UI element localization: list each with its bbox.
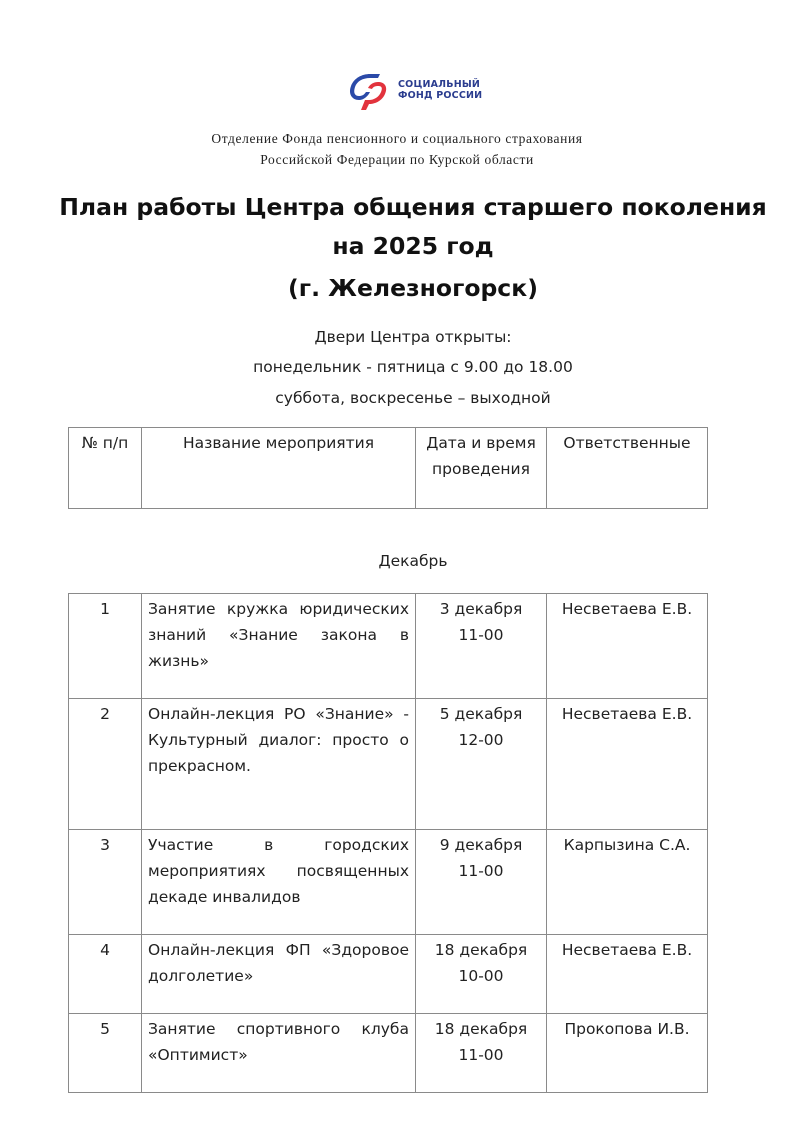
event-date: 18 декабря: [422, 937, 540, 963]
logo-text: СОЦИАЛЬНЫЙ ФОНД РОССИИ: [398, 79, 482, 101]
event-name: Онлайн-лекция РО «Знание» - Культурный д…: [142, 699, 416, 830]
header-table: № п/п Название мероприятия Дата и время …: [68, 427, 708, 509]
hours-weekend: суббота, воскресенье – выходной: [0, 389, 794, 407]
logo-line-1: СОЦИАЛЬНЫЙ: [398, 79, 482, 90]
event-date-time: 5 декабря12-00: [416, 699, 547, 830]
event-time: 12-00: [422, 727, 540, 753]
event-date-time: 18 декабря11-00: [416, 1014, 547, 1093]
hours-weekdays: понедельник - пятница с 9.00 до 18.00: [0, 358, 794, 376]
logo-line-2: ФОНД РОССИИ: [398, 90, 482, 101]
page-title-line-2: на 2025 год: [40, 227, 786, 265]
event-responsible: Прокопова И.В.: [547, 1014, 708, 1093]
table-row: 2 Онлайн-лекция РО «Знание» - Культурный…: [69, 699, 708, 830]
event-name: Участие в городских мероприятиях посвяще…: [142, 830, 416, 935]
event-time: 11-00: [422, 1042, 540, 1068]
event-date: 5 декабря: [422, 701, 540, 727]
event-responsible: Несветаева Е.В.: [547, 699, 708, 830]
month-heading: Декабрь: [0, 552, 794, 570]
event-number: 3: [69, 830, 142, 935]
organization-line-1: Отделение Фонда пенсионного и социальног…: [0, 131, 794, 147]
event-number: 5: [69, 1014, 142, 1093]
header-event-name: Название мероприятия: [142, 428, 416, 509]
event-date: 9 декабря: [422, 832, 540, 858]
event-date: 18 декабря: [422, 1016, 540, 1042]
sfr-logo: СОЦИАЛЬНЫЙ ФОНД РОССИИ: [344, 68, 484, 112]
page-title-line-3: (г. Железногорск): [40, 269, 786, 307]
header-responsible: Ответственные: [547, 428, 708, 509]
event-name: Занятие спортивного клуба «Оптимист»: [142, 1014, 416, 1093]
table-row: 1 Занятие кружка юридических знаний «Зна…: [69, 594, 708, 699]
sfr-logo-icon: [344, 68, 392, 112]
event-number: 4: [69, 935, 142, 1014]
event-number: 2: [69, 699, 142, 830]
header-date-time: Дата и время проведения: [416, 428, 547, 509]
table-row: 5 Занятие спортивного клуба «Оптимист» 1…: [69, 1014, 708, 1093]
event-date: 3 декабря: [422, 596, 540, 622]
event-name: Онлайн-лекция ФП «Здоровое долголетие»: [142, 935, 416, 1014]
event-time: 11-00: [422, 858, 540, 884]
header-number: № п/п: [69, 428, 142, 509]
header-row: № п/п Название мероприятия Дата и время …: [69, 428, 708, 509]
table-row: 4 Онлайн-лекция ФП «Здоровое долголетие»…: [69, 935, 708, 1014]
event-name: Занятие кружка юридических знаний «Знани…: [142, 594, 416, 699]
event-number: 1: [69, 594, 142, 699]
event-date-time: 18 декабря10-00: [416, 935, 547, 1014]
event-responsible: Карпызина С.А.: [547, 830, 708, 935]
table-row: 3 Участие в городских мероприятиях посвя…: [69, 830, 708, 935]
events-table: 1 Занятие кружка юридических знаний «Зна…: [68, 593, 708, 1093]
hours-heading: Двери Центра открыты:: [0, 328, 794, 346]
event-responsible: Несветаева Е.В.: [547, 935, 708, 1014]
event-time: 11-00: [422, 622, 540, 648]
event-time: 10-00: [422, 963, 540, 989]
event-date-time: 3 декабря11-00: [416, 594, 547, 699]
page-title-line-1: План работы Центра общения старшего поко…: [40, 188, 786, 226]
event-date-time: 9 декабря11-00: [416, 830, 547, 935]
event-responsible: Несветаева Е.В.: [547, 594, 708, 699]
organization-line-2: Российской Федерации по Курской области: [0, 152, 794, 168]
